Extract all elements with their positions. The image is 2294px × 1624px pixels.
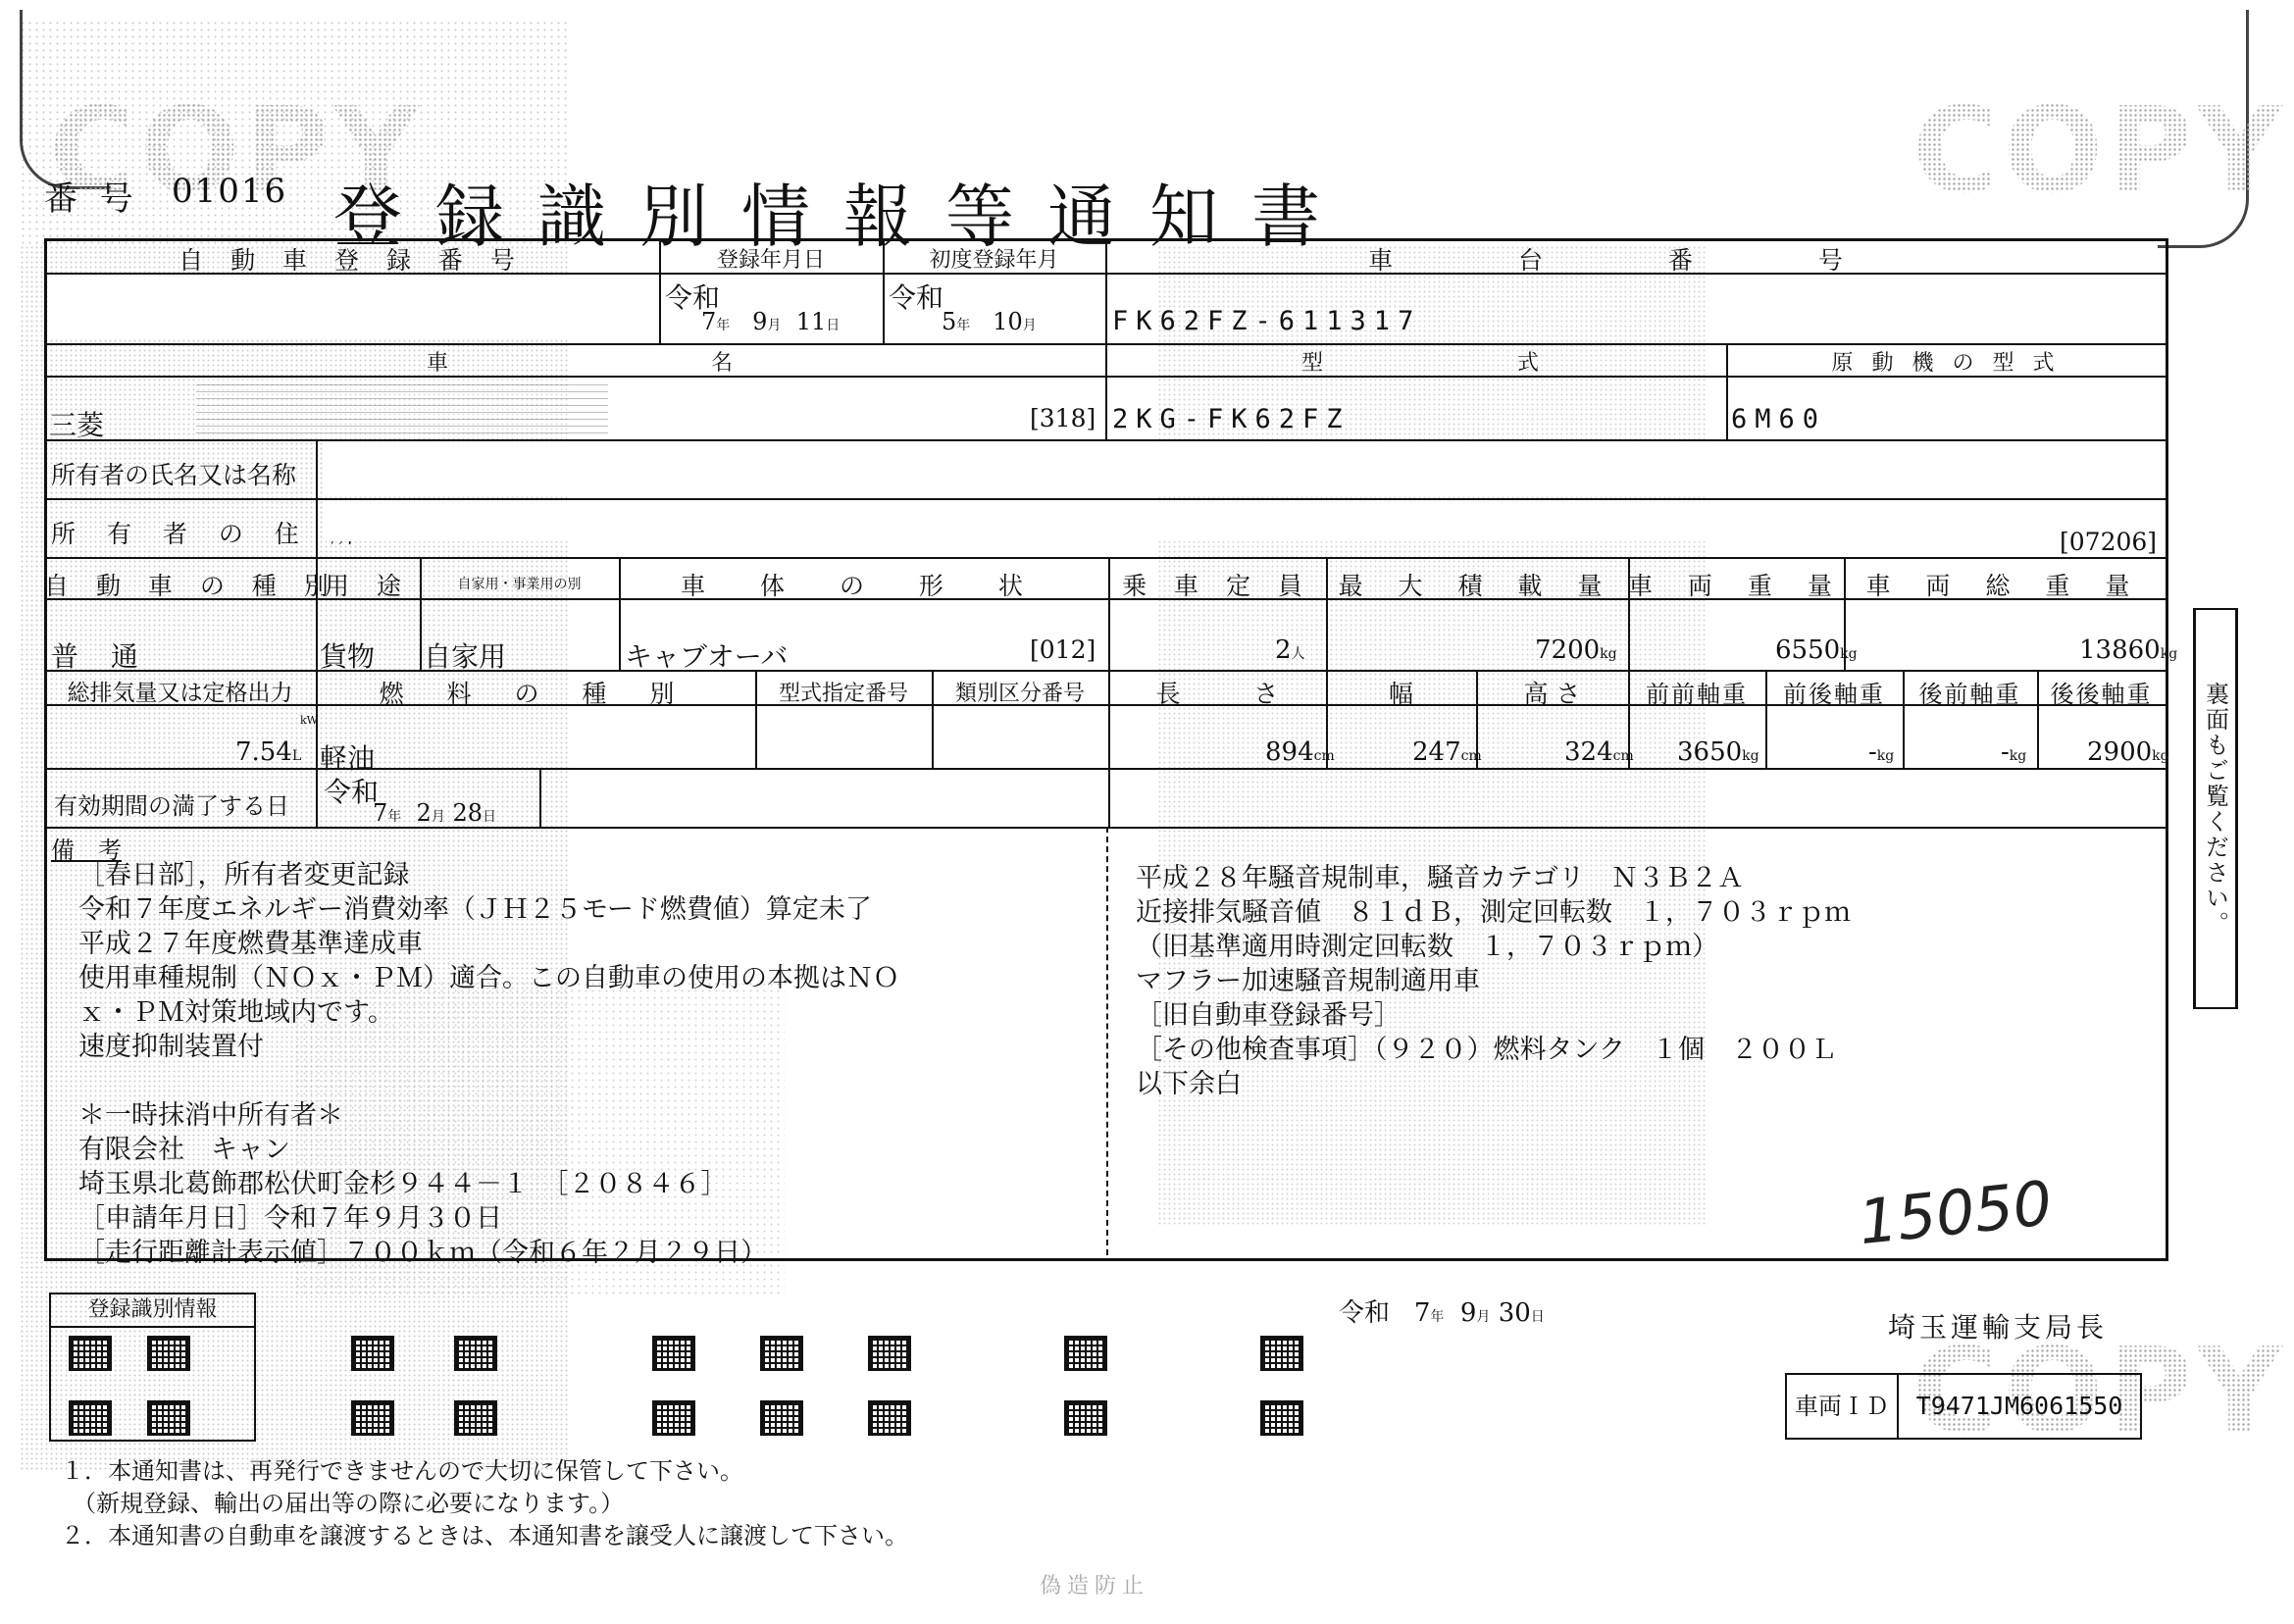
owner-address-code: [07206] [2060,528,2157,556]
purpose-value: 貨物 [320,635,375,675]
private-business-label: 自家用・事業用の別 [420,574,619,593]
vehicle-weight-value: 6550kg [1775,635,1858,665]
registration-date-value: 7年 9月 11日 [701,308,840,335]
remarks-line: ［旧自動車登録番号］ [1136,998,1851,1033]
owner-address-redacted [324,502,2040,541]
chassis-number-value: FK62FZ-611317 [1112,306,1421,336]
ff-axle-label: 前前軸重 [1628,675,1765,709]
vehicle-weight-label: 車 両 重 量 [1628,567,1844,602]
barcode-icon [760,1400,803,1436]
remarks-left: ［春日部］，所有者変更記録令和７年度エネルギー消費効率（ＪＨ２５モード燃費値）算… [78,858,899,1270]
rf-axle-value: -kg [2001,737,2026,767]
anti-forgery-seal: 偽造防止 [1040,1569,1149,1599]
body-shape-value: キャブオーバ [625,635,788,675]
remarks-line: （旧基準適用時測定回転数 １，７０３ｒｐｍ） [1136,930,1851,964]
barcode-icon [1064,1400,1107,1436]
gross-weight-value: 13860kg [2079,635,2177,665]
model-value: 2KG-FK62FZ [1112,404,1351,434]
registration-date-label: 登録年月日 [659,243,883,274]
body-shape-code: [012] [1030,635,1096,664]
barcode-icon [1064,1336,1107,1371]
fr-axle-value: -kg [1868,737,1894,767]
remarks-line: ［申請年月日］令和７年９月３０日 [78,1201,899,1236]
fr-axle-label: 前後軸重 [1765,675,1903,709]
chassis-number-label: 車 台 番 号 [1105,241,2165,277]
issue-date: 令和 7年 9月 30日 [1339,1293,1545,1329]
remarks-line: 平成２７年度燃費基準達成車 [78,927,899,961]
type-designation-label: 型式指定番号 [755,677,932,707]
remarks-line: 速度抑制装置付 [78,1030,899,1064]
remarks-line: 近接排気騒音値 ８１ｄＢ，測定回転数 １，７０３ｒｐｍ [1136,895,1851,930]
barcode-icon [652,1336,695,1371]
barcode-icon [760,1336,803,1371]
barcode-icon [147,1336,190,1371]
rf-axle-label: 後前軸重 [1903,675,2037,709]
rr-axle-label: 後後軸重 [2037,675,2166,709]
barcode-icon [1260,1400,1303,1436]
first-registration-era: 令和 [889,277,943,316]
registration-id-label: 登録識別情報 [51,1294,254,1328]
barcode-icon [454,1400,497,1436]
document-number: 01016 [172,172,287,211]
barcode-icon [147,1400,190,1436]
copy-watermark: COPY [1912,83,2286,220]
owner-address-label: 所 有 者 の 住 所 [51,515,367,550]
remarks-line: 埼玉県北葛飾郡松伏町金杉９４４－１ ［２０８４６］ [78,1167,899,1201]
remarks-right: 平成２８年騒音規制車，騒音カテゴリ Ｎ３Ｂ２Ａ近接排気騒音値 ８１ｄＢ，測定回転… [1136,861,1851,1101]
remarks-line [78,1064,899,1098]
registration-number-label: 自 動 車 登 録 番 号 [44,241,659,277]
length-value: 894cm [1265,737,1335,767]
vehicle-type-label: 自 動 車 の 種 別 [44,567,316,602]
private-business-value: 自家用 [424,635,506,675]
remarks-line: 使用車種規制（ＮＯｘ・ＰＭ）適合。この自動車の使用の本拠はＮＯ [78,961,899,995]
footer-note-line: １．本通知書は、再発行できませんので大切に保管して下さい。 [61,1455,908,1488]
engine-model-label: 原 動 機 の 型 式 [1726,346,2166,377]
expiry-value: 7年 2月 28日 [373,799,496,827]
height-label: 高 さ [1476,675,1628,710]
registration-number-redacted [49,277,647,339]
barcode-icon [454,1336,497,1371]
displacement-label: 総排気量又は定格出力 [44,675,316,707]
barcode-icon [868,1400,911,1436]
rr-axle-value: 2900kg [2087,737,2169,767]
remarks-line: ＊一時抹消中所有者＊ [78,1098,899,1133]
displacement-unit-kw: kW [300,714,318,727]
barcode-icon [652,1400,695,1436]
document-number-label: 番 号 [44,172,139,220]
remarks-line: ［春日部］，所有者変更記録 [78,858,899,892]
expiry-era: 令和 [324,771,379,810]
capacity-value: 2人 [1275,635,1305,665]
remarks-line: 有限会社 キャン [78,1133,899,1167]
remarks-line: ［走行距離計表示値］７００ｋｍ（令和６年２月２９日） [78,1236,899,1270]
barcode-icon [351,1336,394,1371]
body-shape-label: 車 体 の 形 状 [619,567,1108,602]
footer-notes: １．本通知書は、再発行できませんので大切に保管して下さい。 （新規登録、輸出の届… [61,1455,908,1552]
remarks-line: 平成２８年騒音規制車，騒音カテゴリ Ｎ３Ｂ２Ａ [1136,861,1851,895]
vehicle-id-label: 車両ＩＤ [1787,1375,1899,1438]
gross-weight-label: 車 両 総 重 量 [1844,567,2166,602]
remarks-line: 以下余白 [1136,1067,1851,1101]
max-load-label: 最 大 積 載 量 [1326,567,1628,602]
remarks-line: マフラー加速騒音規制適用車 [1136,964,1851,998]
barcode-icon [351,1400,394,1436]
vehicle-id-box: 車両ＩＤ T9471JM6061550 [1785,1373,2142,1440]
barcode-icon [69,1400,112,1436]
side-note-text: 裏面もご覧ください。 [2199,682,2233,937]
barcode-icon [69,1336,112,1371]
displacement-value: 7.54L [235,737,301,767]
length-label: 長 さ [1108,675,1326,710]
max-load-value: 7200kg [1535,635,1617,665]
width-label: 幅 [1326,675,1476,710]
category-number-label: 類別区分番号 [932,677,1108,707]
capacity-label: 乗 車 定 員 [1108,567,1326,602]
height-value: 324cm [1564,737,1634,767]
engine-model-value: 6M60 [1731,404,1826,434]
first-registration-label: 初度登録年月 [883,243,1105,274]
car-name-value: 三菱 [49,404,104,443]
owner-name-redacted [324,443,2089,494]
first-registration-value: 5年 10月 [942,308,1037,335]
expiry-label: 有効期間の満了する日 [54,787,289,821]
width-value: 247cm [1412,737,1482,767]
vehicle-id-value: T9471JM6061550 [1899,1375,2140,1438]
remarks-line: ［その他検査事項］（９２０）燃料タンク １個 ２００Ｌ [1136,1033,1851,1067]
remarks-line: 令和７年度エネルギー消費効率（ＪＨ２５モード燃費値）算定未了 [78,892,899,927]
remarks-line: ｘ・ＰＭ対策地域内です。 [78,995,899,1030]
footer-note-line: ２．本通知書の自動車を譲渡するときは、本通知書を譲受人に譲渡して下さい。 [61,1520,908,1552]
barcode-icon [868,1336,911,1371]
vehicle-type-value: 普 通 [51,635,150,675]
car-name-code: [318] [1030,404,1096,432]
footer-note-line: （新規登録、輸出の届出等の際に必要になります。） [61,1488,908,1520]
fuel-label: 燃 料 の 種 別 [316,675,755,710]
barcode-icon [1260,1336,1303,1371]
ff-axle-value: 3650kg [1677,737,1759,767]
issuer: 埼玉運輸支局長 [1888,1306,2108,1345]
car-name-redacted [196,379,608,435]
owner-name-label: 所有者の氏名又は名称 [51,456,296,491]
side-note-box: 裏面もご覧ください。 [2193,608,2238,1009]
purpose-label: 用 途 [316,567,420,602]
